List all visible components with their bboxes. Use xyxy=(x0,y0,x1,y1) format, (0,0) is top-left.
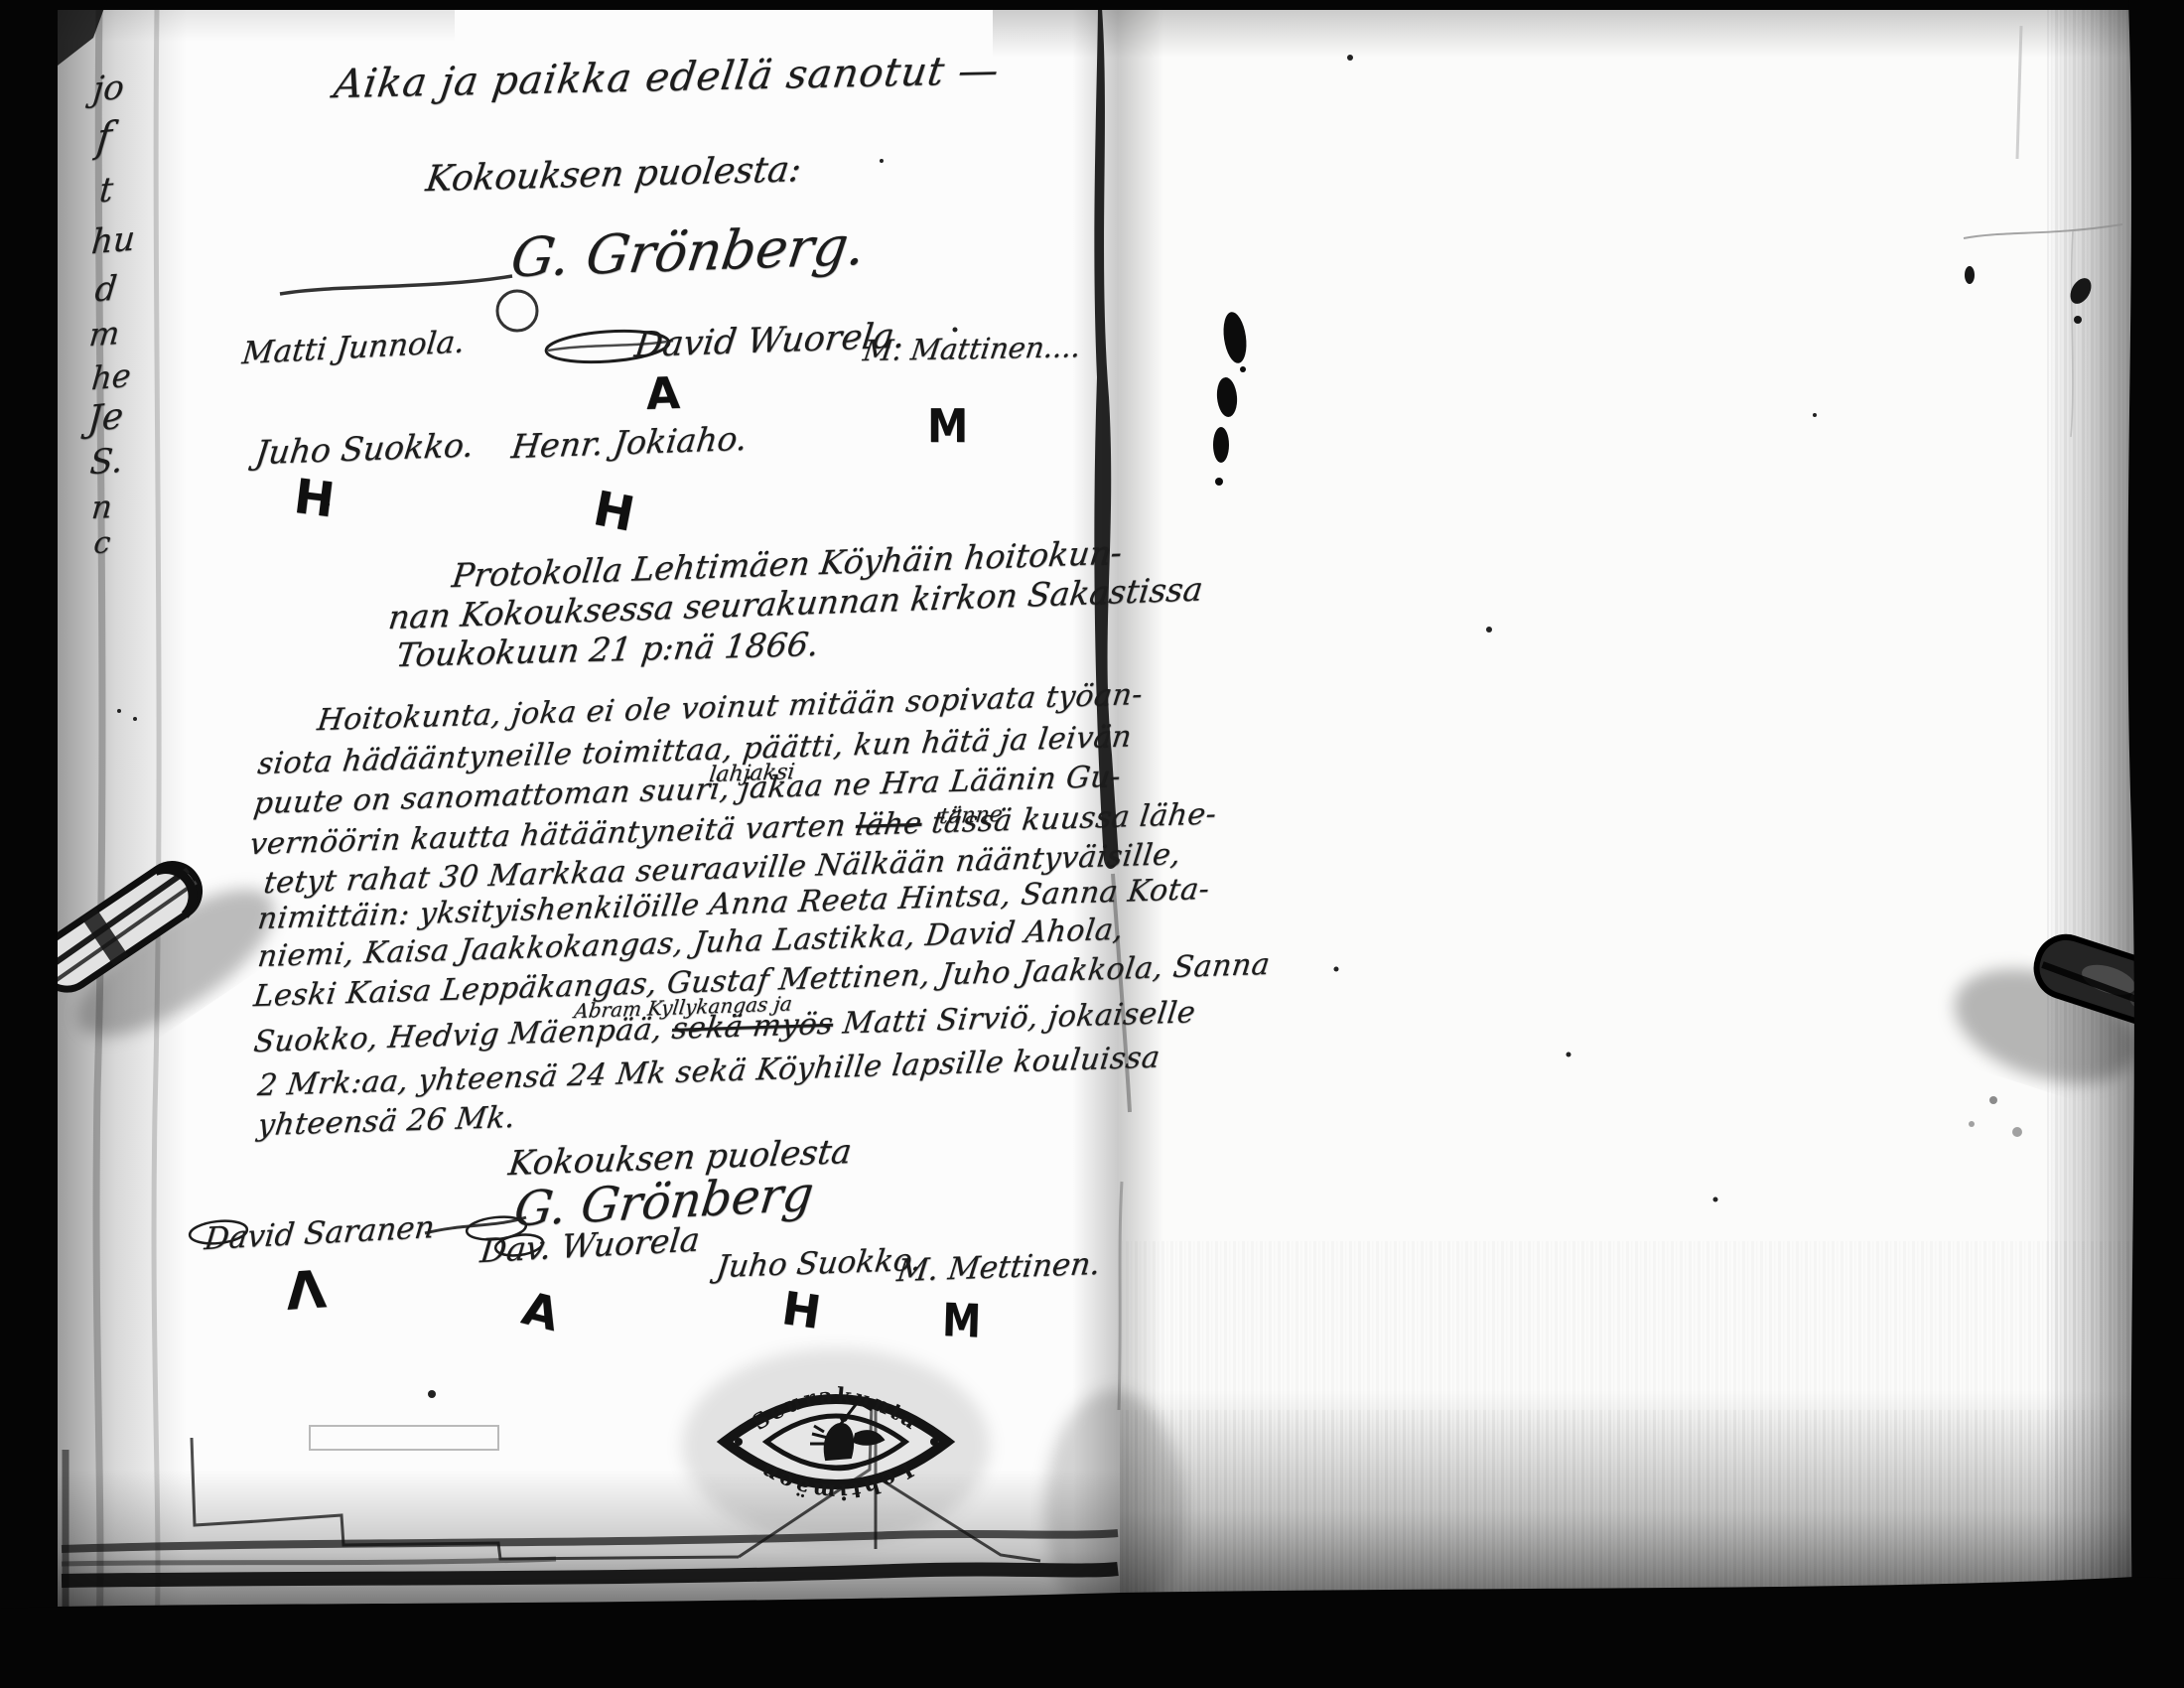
body-line-11: yhteensä 26 Mk. xyxy=(256,1100,518,1143)
margin-fragment: m xyxy=(87,314,121,353)
body-line-9a: Suokko, Hedvig Mäenpää, xyxy=(252,1012,675,1059)
signature-mark-m-bottom: M xyxy=(941,1293,981,1348)
signature-mark-a-bottom: A xyxy=(517,1281,565,1341)
margin-fragment: t xyxy=(97,170,114,211)
margin-fragment: n xyxy=(90,488,114,526)
witness-juho-suokko-bottom: Juho Suokko. xyxy=(715,1242,924,1285)
body-line-9b: Matti Sirviö, jokaiselle xyxy=(831,995,1197,1042)
margin-fragment: c xyxy=(92,525,112,561)
body-line-9-struck-words: sekä myös xyxy=(670,1007,835,1047)
microfilm-scan: Seurakunta Lehtimäen xyxy=(0,0,2184,1688)
signature-mark-caret-bottom: Λ xyxy=(284,1260,328,1323)
margin-fragment: d xyxy=(93,268,119,310)
signature-mark-h1-top: H xyxy=(291,469,338,528)
margin-fragment: Je xyxy=(86,395,124,440)
witness-henr-jokiaho: Henr. Jokiaho. xyxy=(509,419,750,466)
witness-m-mattinen-top: M. Mattinen.... xyxy=(861,330,1083,367)
place-time-line: Aika ja paikka edellä sanotut — xyxy=(332,48,1003,107)
margin-fragment: he xyxy=(90,356,133,398)
handwriting-layer: jo f t hu d m he Je S. n c Aika ja paikk… xyxy=(0,0,2184,1688)
witness-m-mettinen-bottom: M. Mettinen. xyxy=(895,1246,1103,1289)
witness-juho-suokko-top: Juho Suokko. xyxy=(253,425,476,472)
margin-fragment: S. xyxy=(88,441,124,484)
body-insert-lahjaksi: lahjaksi xyxy=(708,760,796,787)
margin-fragment: f xyxy=(94,113,114,161)
signature-mark-m-top: M xyxy=(927,399,968,453)
signature-mark-a-top: A xyxy=(645,368,681,420)
margin-fragment: jo xyxy=(91,68,126,110)
signature-mark-h2-top: H xyxy=(589,481,638,543)
body-line-4-struck-word: lähe xyxy=(854,806,924,843)
margin-fragment: hu xyxy=(89,218,136,262)
chairman-signature-top: G. Grönberg. xyxy=(507,214,870,290)
body-insert-tanne: tänne xyxy=(938,802,1004,829)
witness-david-saranen: David Saranen xyxy=(203,1209,436,1257)
signature-mark-h-bottom: H xyxy=(778,1281,824,1339)
witness-matti-junnola: Matti Junnola. xyxy=(240,324,467,371)
on-behalf-line-top: Kokouksen puolesta: xyxy=(424,149,804,200)
